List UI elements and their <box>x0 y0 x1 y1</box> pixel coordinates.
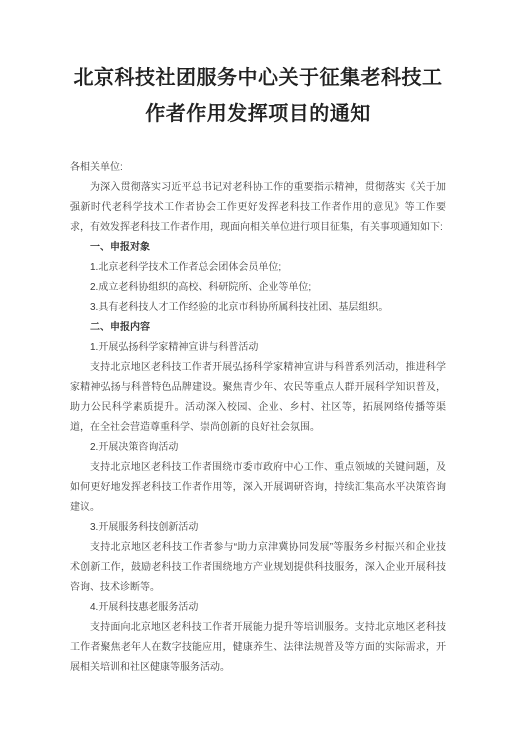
page-title: 北京科技社团服务中心关于征集老科技工 作者作用发挥项目的通知 <box>70 60 446 132</box>
section-heading-application-targets: 一、申报对象 <box>70 238 446 258</box>
page-title-line-1: 北京科技社团服务中心关于征集老科技工 <box>70 60 446 96</box>
activity-paragraph-3: 支持北京地区老科技工作者参与“助力京津冀协同发展”等服务乡村振兴和企业技术创新工… <box>70 538 446 598</box>
section-heading-application-content: 二、申报内容 <box>70 318 446 338</box>
activity-paragraph-1: 支持北京地区老科技工作者开展弘扬科学家精神宣讲与科普系列活动，推进科学家精神弘扬… <box>70 358 446 438</box>
page-title-line-2: 作者作用发挥项目的通知 <box>70 96 446 132</box>
document-page: 北京科技社团服务中心关于征集老科技工 作者作用发挥项目的通知 各相关单位: 为深… <box>0 0 514 731</box>
target-list-item-3: 3.具有老科技人才工作经验的北京市科协所属科技社团、基层组织。 <box>70 298 446 318</box>
activity-paragraph-4: 支持面向北京地区老科技工作者开展能力提升等培训服务。支持北京地区老科技工作者聚焦… <box>70 618 446 678</box>
intro-paragraph: 为深入贯彻落实习近平总书记对老科协工作的重要指示精神，贯彻落实《关于加强新时代老… <box>70 178 446 238</box>
activity-sub-heading-4: 4.开展科技惠老服务活动 <box>70 598 446 618</box>
target-list-item-2: 2.成立老科协组织的高校、科研院所、企业等单位; <box>70 278 446 298</box>
activity-sub-heading-3: 3.开展服务科技创新活动 <box>70 518 446 538</box>
salutation: 各相关单位: <box>70 158 446 178</box>
document-body: 各相关单位: 为深入贯彻落实习近平总书记对老科协工作的重要指示精神，贯彻落实《关… <box>70 158 446 678</box>
activity-sub-heading-1: 1.开展弘扬科学家精神宣讲与科普活动 <box>70 338 446 358</box>
activity-paragraph-2: 支持北京地区老科技工作者围绕市委市政府中心工作、重点领域的关键问题，及如何更好地… <box>70 458 446 518</box>
target-list-item-1: 1.北京老科学技术工作者总会团体会员单位; <box>70 258 446 278</box>
activity-sub-heading-2: 2.开展决策咨询活动 <box>70 438 446 458</box>
